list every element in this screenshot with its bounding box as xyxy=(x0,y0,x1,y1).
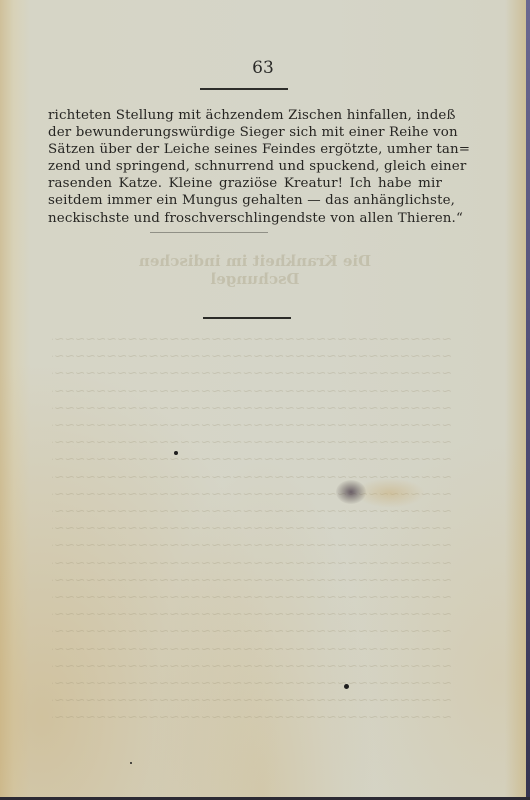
book-page: 63 richteten Stellung mit ächzendem Zisc… xyxy=(0,0,526,797)
text-line: richteten Stellung mit ächzendem Zischen… xyxy=(48,107,442,124)
bleed-through-heading: Die Krankheit im indischen Dschungel xyxy=(95,252,415,288)
section-separator-rule xyxy=(203,317,291,319)
page-number: 63 xyxy=(0,58,526,78)
body-paragraph: richteten Stellung mit ächzendem Zischen… xyxy=(48,107,442,227)
ink-speck xyxy=(344,684,349,689)
paragraph-end-rule xyxy=(150,232,268,233)
bleed-through-text: ~~~~~~~~~~~~~~~~~~~~~~~~~~~~~~~~~~~~~~~~… xyxy=(52,330,452,726)
text-line: zend und springend, schnurrend und spuck… xyxy=(48,158,442,175)
text-line: seitdem immer ein Mungus gehalten — das … xyxy=(48,192,442,209)
header-rule xyxy=(200,88,288,90)
text-line: neckischste und froschverschlingendste v… xyxy=(48,210,442,227)
text-line: der bewunderungswürdige Sieger sich mit … xyxy=(48,124,442,141)
text-line: Sätzen über der Leiche seines Feindes er… xyxy=(48,141,442,158)
text-line: rasenden Katze. Kleine graziöse Kreatur!… xyxy=(48,175,442,192)
ink-speck xyxy=(130,762,132,764)
ink-speck xyxy=(174,451,178,455)
scan-edge-right xyxy=(526,0,530,800)
ink-blot xyxy=(336,480,366,504)
